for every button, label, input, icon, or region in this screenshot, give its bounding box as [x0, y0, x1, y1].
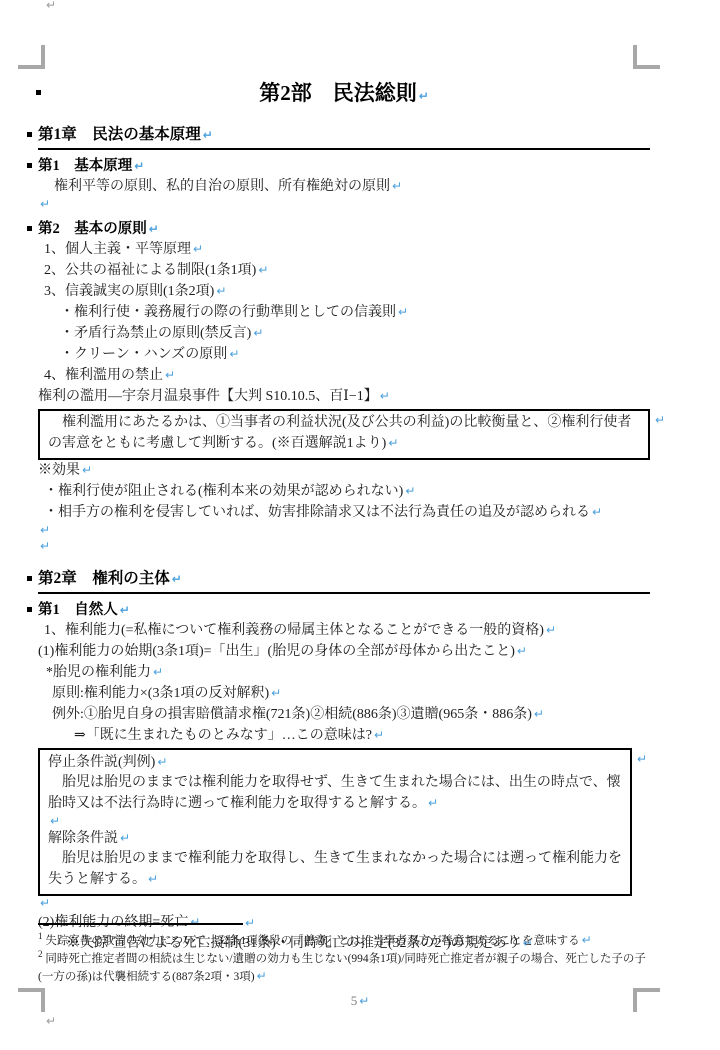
body-line: *胎児の権利能力↵ [38, 662, 650, 683]
case-reference-line: 権利の濫用―宇奈月温泉事件【大判 S10.10.5、百Ⅰ−1】↵ [38, 386, 650, 407]
note-box-abuse-of-rights: ↵ 権利濫用にあたるかは、①当事者の利益状況(及び公共の利益)の比較衡量と、②権… [38, 409, 650, 460]
body-line: 1、個人主義・平等原理↵ [38, 239, 650, 260]
body-line: (1)権利能力の始期(3条1項)=「出生」(胎児の身体の全部が母体から出たこと)… [38, 641, 650, 662]
note-box-text: 胎児は胎児のままで権利能力を取得し、生きて生まれなかった場合には遡って権利能力を… [48, 849, 622, 890]
return-mark: ↵ [120, 603, 130, 617]
return-mark: ↵ [359, 994, 369, 1008]
return-mark: ↵ [148, 872, 158, 886]
note-box-text: 解除条件説↵ [48, 828, 622, 849]
return-mark: ↵ [405, 484, 415, 498]
return-mark: ↵ [253, 326, 263, 340]
page-title-row: 第2部 民法総則↵ [38, 78, 650, 111]
corner-mark-top-left [18, 45, 45, 69]
chapter-2-heading: 第2章 権利の主体↵ [38, 569, 650, 594]
chapter-1-heading: 第1章 民法の基本原理↵ [38, 125, 650, 150]
body-line: ・クリーン・ハンズの原則↵ [38, 344, 650, 365]
return-mark: ↵ [271, 686, 281, 700]
body-line: ・矛盾行為禁止の原則(禁反言)↵ [38, 323, 650, 344]
empty-line: ↵ [38, 539, 650, 555]
paragraph-square-bullet [27, 226, 32, 231]
chapter-heading-text: 第2章 権利の主体 [38, 570, 170, 587]
return-mark: ↵ [398, 305, 408, 319]
note-box-text: 胎児は胎児のままでは権利能力を取得せず、生きて生まれた場合には、出生の時点で、懐… [48, 773, 622, 814]
section-heading-text: 第1 基本原理 [38, 158, 132, 174]
return-mark: ↵ [546, 623, 556, 637]
return-mark: ↵ [388, 436, 398, 450]
return-mark: ↵ [134, 159, 144, 173]
empty-line: ↵ [48, 814, 622, 828]
paragraph-square-bullet [27, 132, 32, 137]
return-mark: ↵ [582, 933, 592, 947]
return-mark: ↵ [637, 752, 647, 766]
note-box-text: 権利濫用にあたるかは、①当事者の利益状況(及び公共の利益)の比較衡量と、②権利行… [48, 413, 640, 454]
body-line: 2、公共の福祉による制限(1条1項)↵ [38, 260, 650, 281]
chapter-heading-text: 第1章 民法の基本原理 [38, 126, 201, 143]
document-page: ↵ 第2部 民法総則↵ 第1章 民法の基本原理↵ 第1 基本原理↵ 権利平等の原… [0, 0, 720, 1050]
body-line: ※効果↵ [38, 460, 650, 481]
return-mark: ↵ [193, 242, 203, 256]
paragraph-square-bullet [27, 607, 32, 612]
section-heading: 第1 基本原理↵ [38, 156, 650, 176]
return-mark: ↵ [50, 814, 60, 828]
paragraph-square-bullet [27, 163, 32, 168]
section-heading: 第2 基本の原則↵ [38, 219, 650, 239]
return-mark: ↵ [374, 728, 384, 742]
page-title: 第2部 民法総則 [259, 81, 417, 105]
body-line: ・権利行使が阻止される(権利本来の効果が認められない)↵ [38, 481, 650, 502]
return-mark: ↵ [40, 896, 50, 910]
return-mark: ↵ [592, 505, 602, 519]
body-line: ・権利行使・義務履行の際の行動準則としての信義則↵ [38, 302, 650, 323]
return-mark: ↵ [258, 263, 268, 277]
body-line: 4、権利濫用の禁止↵ [38, 365, 650, 386]
return-mark: ↵ [392, 179, 402, 193]
return-mark: ↵ [40, 539, 50, 553]
body-line: ⇒「既に生まれたものとみなす」…この意味は?↵ [38, 725, 650, 746]
footnote-2: 2 同時死亡推定者間の相続は生じない/遺贈の効力も生じない(994条1項)/同時… [38, 951, 650, 987]
empty-line: ↵ [38, 197, 650, 213]
page-number-row: 5↵ [0, 993, 720, 1009]
body-line: ・相手方の権利を侵害していれば、妨害排除請求又は不法行為責任の追及が認められる↵ [38, 502, 650, 523]
return-mark: ↵ [245, 916, 255, 930]
footnote-area: ↵ 1 失踪宣告の取消の効力について、32条1項後段の「善意」とは、当事者双方が… [38, 918, 650, 987]
footnote-separator [38, 923, 243, 925]
footnote-separator-row: ↵ [38, 918, 650, 928]
body-line: 例外:①胎児自身の損害賠償請求権(721条)②相続(886条)③遺贈(965条・… [38, 704, 650, 725]
return-mark: ↵ [82, 463, 92, 477]
empty-line: ↵ [38, 896, 650, 912]
return-mark: ↵ [534, 707, 544, 721]
return-mark: ↵ [655, 413, 665, 427]
return-mark: ↵ [157, 755, 167, 769]
return-mark: ↵ [428, 796, 438, 810]
return-mark: ↵ [419, 89, 429, 103]
return-mark: ↵ [257, 969, 267, 983]
return-mark: ↵ [120, 831, 130, 845]
note-box-fetus-theories: ↵ 停止条件説(判例)↵ 胎児は胎児のままでは権利能力を取得せず、生きて生まれた… [38, 748, 632, 896]
footnote-1: 1 失踪宣告の取消の効力について、32条1項後段の「善意」とは、当事者双方が善意… [38, 932, 650, 951]
return-mark: ↵ [380, 389, 390, 403]
body-line: 1、権利能力(=私権について権利義務の帰属主体となることができる一般的資格)↵ [38, 620, 650, 641]
page-number: 5 [351, 993, 358, 1008]
header-return-mark: ↵ [46, 0, 56, 12]
empty-line: ↵ [38, 523, 650, 539]
return-mark: ↵ [40, 197, 50, 211]
return-mark: ↵ [216, 284, 226, 298]
paragraph-square-bullet [27, 576, 32, 581]
document-body: 第2部 民法総則↵ 第1章 民法の基本原理↵ 第1 基本原理↵ 権利平等の原則、… [38, 78, 650, 954]
body-line: 権利平等の原則、私的自治の原則、所有権絶対の原則↵ [38, 176, 650, 197]
note-box-text: 停止条件説(判例)↵ [48, 752, 622, 773]
return-mark: ↵ [40, 523, 50, 537]
section-heading-text: 第1 自然人 [38, 602, 118, 618]
paragraph-square-bullet [36, 90, 41, 95]
section-heading-text: 第2 基本の原則 [38, 221, 147, 237]
section-heading: 第1 自然人↵ [38, 600, 650, 620]
body-line: 3、信義誠実の原則(1条2項)↵ [38, 281, 650, 302]
return-mark: ↵ [153, 665, 163, 679]
return-mark: ↵ [165, 368, 175, 382]
return-mark: ↵ [203, 128, 213, 142]
return-mark: ↵ [172, 572, 182, 586]
return-mark: ↵ [229, 347, 239, 361]
return-mark: ↵ [149, 222, 159, 236]
footer-return-mark: ↵ [46, 1014, 56, 1028]
return-mark: ↵ [517, 644, 527, 658]
body-line: 原則:権利能力×(3条1項の反対解釈)↵ [38, 683, 650, 704]
corner-mark-top-right [633, 45, 660, 69]
